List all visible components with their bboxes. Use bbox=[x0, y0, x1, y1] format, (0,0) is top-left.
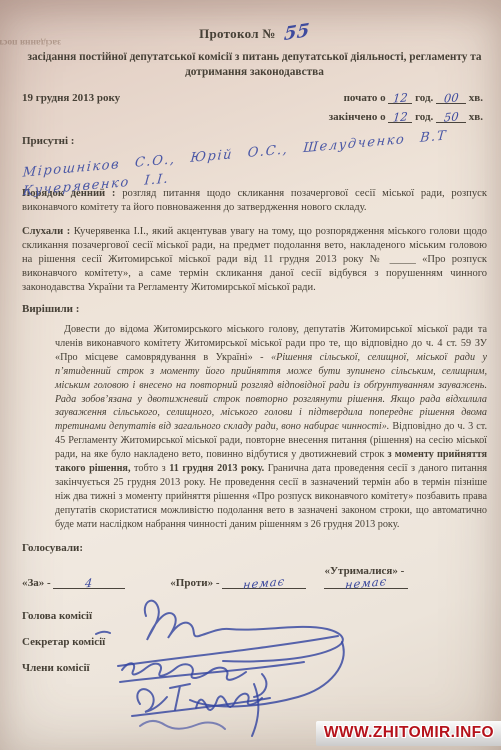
vote-for-value: 4 bbox=[85, 577, 94, 588]
signature-block: Голова комісії Секретар комісії Члени ко… bbox=[22, 610, 487, 688]
sig-members-label: Члени комісії bbox=[22, 662, 90, 674]
vote-row: «За» - 4 «Проти» - немає «Утрималися» - … bbox=[22, 565, 487, 589]
heard-label: Слухали : bbox=[22, 226, 70, 237]
heard-text: Кучерявенка І.І., який акцентував увагу … bbox=[22, 226, 487, 293]
started-hour-value: 12 bbox=[393, 92, 408, 103]
ended-hour-blank: 12 bbox=[388, 111, 412, 123]
vote-against-value: немає bbox=[243, 576, 286, 590]
vote-abstain-value: немає bbox=[345, 576, 388, 590]
protocol-page: Протокол № 55 засідання постійної депута… bbox=[0, 0, 501, 750]
ended-label: закінчено о bbox=[329, 111, 386, 123]
vote-abstain-label: «Утрималися» - bbox=[324, 565, 404, 577]
vote-for-blank: 4 bbox=[53, 577, 125, 589]
decided-bold-2: 11 грудня 2013 року. bbox=[169, 463, 264, 474]
watermark-badge: WWW.ZHITOMIR.INFO bbox=[316, 721, 501, 746]
decided-paragraph: Довести до відома Житомирського міського… bbox=[55, 323, 487, 532]
decided-seg-4: тобто з bbox=[131, 463, 170, 474]
document-subtitle: засідання постійної депутатської комісії… bbox=[22, 50, 487, 79]
vote-against: «Проти» - немає bbox=[170, 577, 324, 589]
sig-secretary-label: Секретар комісії bbox=[22, 636, 105, 648]
vote-for: «За» - 4 bbox=[22, 577, 170, 589]
started-label: почато о bbox=[344, 92, 386, 104]
sig-members-row: Члени комісії bbox=[22, 662, 487, 688]
sig-secretary-row: Секретар комісії bbox=[22, 636, 487, 662]
started-line: почато о 12 год. 00 хв. bbox=[344, 92, 487, 104]
min-unit: хв. bbox=[469, 92, 483, 104]
hour-unit: год. bbox=[415, 92, 433, 104]
heard-section: Слухали : Кучерявенка І.І., який акценту… bbox=[22, 225, 487, 295]
ended-line: закінчено о 12 год. 50 хв. bbox=[22, 111, 487, 123]
document-title: Протокол № 55 bbox=[22, 22, 487, 43]
present-label: Присутні : bbox=[22, 135, 74, 147]
ended-min-blank: 50 bbox=[436, 111, 466, 123]
sig-head-row: Голова комісії bbox=[22, 610, 487, 636]
decided-label: Вирішили : bbox=[22, 303, 487, 315]
document-photo: засідання постійної Протокол № 55 засіда… bbox=[0, 0, 501, 750]
ended-hour-value: 12 bbox=[393, 111, 408, 122]
started-min-blank: 00 bbox=[436, 92, 466, 104]
vote-for-label: «За» - bbox=[22, 577, 51, 589]
hour-unit-2: год. bbox=[415, 111, 433, 123]
started-hour-blank: 12 bbox=[388, 92, 412, 104]
min-unit-2: хв. bbox=[469, 111, 483, 123]
present-section: Присутні : Мірошніков С.О., Юрій О.С., Ш… bbox=[22, 135, 487, 179]
started-min-value: 00 bbox=[443, 92, 458, 103]
title-label: Протокол № bbox=[199, 26, 276, 41]
sig-head-label: Голова комісії bbox=[22, 610, 92, 622]
vote-against-label: «Проти» - bbox=[170, 577, 219, 589]
voted-heading: Голосували: bbox=[22, 542, 487, 554]
ended-min-value: 50 bbox=[443, 111, 458, 122]
protocol-number-handwritten: 55 bbox=[283, 20, 310, 46]
meeting-date: 19 грудня 2013 року bbox=[22, 92, 120, 104]
vote-abstain-blank: немає bbox=[324, 577, 408, 589]
vote-abstain: «Утрималися» - немає bbox=[324, 565, 487, 589]
date-time-row: 19 грудня 2013 року почато о 12 год. 00 … bbox=[22, 92, 487, 104]
vote-against-blank: немає bbox=[222, 577, 306, 589]
